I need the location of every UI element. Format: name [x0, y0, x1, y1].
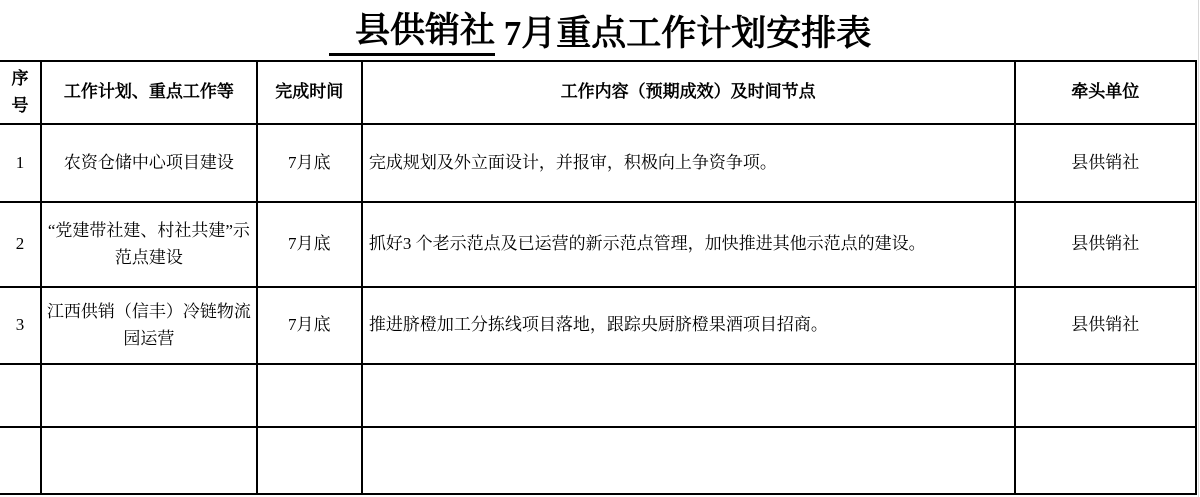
deadline-cell: [257, 364, 362, 427]
unit-cell: 县供销社: [1015, 287, 1197, 364]
unit-cell: 县供销社: [1015, 124, 1197, 202]
plan-cell: 江西供销（信丰）冷链物流园运营: [41, 287, 257, 364]
title-text: 7月重点工作计划安排表: [495, 12, 871, 56]
deadline-cell: 7月底: [257, 124, 362, 202]
header-cell-plan: 工作计划、重点工作等: [41, 61, 257, 124]
header-cell-content: 工作内容（预期成效）及时间节点: [362, 61, 1015, 124]
unit-cell: 县供销社: [1015, 202, 1197, 287]
plan-cell: “党建带社建、村社共建”示范点建设: [41, 202, 257, 287]
unit-cell: [1015, 364, 1197, 427]
plan-cell: [41, 364, 257, 427]
plan-cell: [41, 427, 257, 494]
deadline-cell: 7月底: [257, 202, 362, 287]
header-cell-deadline: 完成时间: [257, 61, 362, 124]
deadline-cell: [257, 427, 362, 494]
unit-cell: [1015, 427, 1197, 494]
table-header-row: 序号 工作计划、重点工作等 完成时间 工作内容（预期成效）及时间节点 牵头单位: [0, 61, 1196, 124]
table-row-empty: [0, 364, 1196, 427]
table-row: 2 “党建带社建、村社共建”示范点建设 7月底 抓好3 个老示范点及已运营的新示…: [0, 202, 1196, 287]
table-row: 1 农资仓储中心项目建设 7月底 完成规划及外立面设计，并报审，积极向上争资争项…: [0, 124, 1196, 202]
content-cell: [362, 427, 1015, 494]
serial-cell: 3: [0, 287, 41, 364]
serial-cell: [0, 364, 41, 427]
content-cell: 完成规划及外立面设计，并报审，积极向上争资争项。: [362, 124, 1015, 202]
header-cell-unit: 牵头单位: [1015, 61, 1197, 124]
deadline-cell: 7月底: [257, 287, 362, 364]
content-cell: 抓好3 个老示范点及已运营的新示范点管理，加快推进其他示范点的建设。: [362, 202, 1015, 287]
plan-cell: 农资仓储中心项目建设: [41, 124, 257, 202]
table-row-empty: [0, 427, 1196, 494]
serial-cell: [0, 427, 41, 494]
serial-cell: 2: [0, 202, 41, 287]
header-cell-serial: 序号: [0, 61, 41, 124]
work-plan-table: 序号 工作计划、重点工作等 完成时间 工作内容（预期成效）及时间节点 牵头单位 …: [0, 60, 1197, 495]
table-row: 3 江西供销（信丰）冷链物流园运营 7月底 推进脐橙加工分拣线项目落地，跟踪央厨…: [0, 287, 1196, 364]
screen-edge-artifact: [1198, 0, 1199, 497]
title-underlined-blank: 县供销社: [329, 9, 495, 56]
content-cell: 推进脐橙加工分拣线项目落地，跟踪央厨脐橙果酒项目招商。: [362, 287, 1015, 364]
content-cell: [362, 364, 1015, 427]
page-title: 县供销社 7月重点工作计划安排表: [0, 0, 1200, 60]
serial-cell: 1: [0, 124, 41, 202]
